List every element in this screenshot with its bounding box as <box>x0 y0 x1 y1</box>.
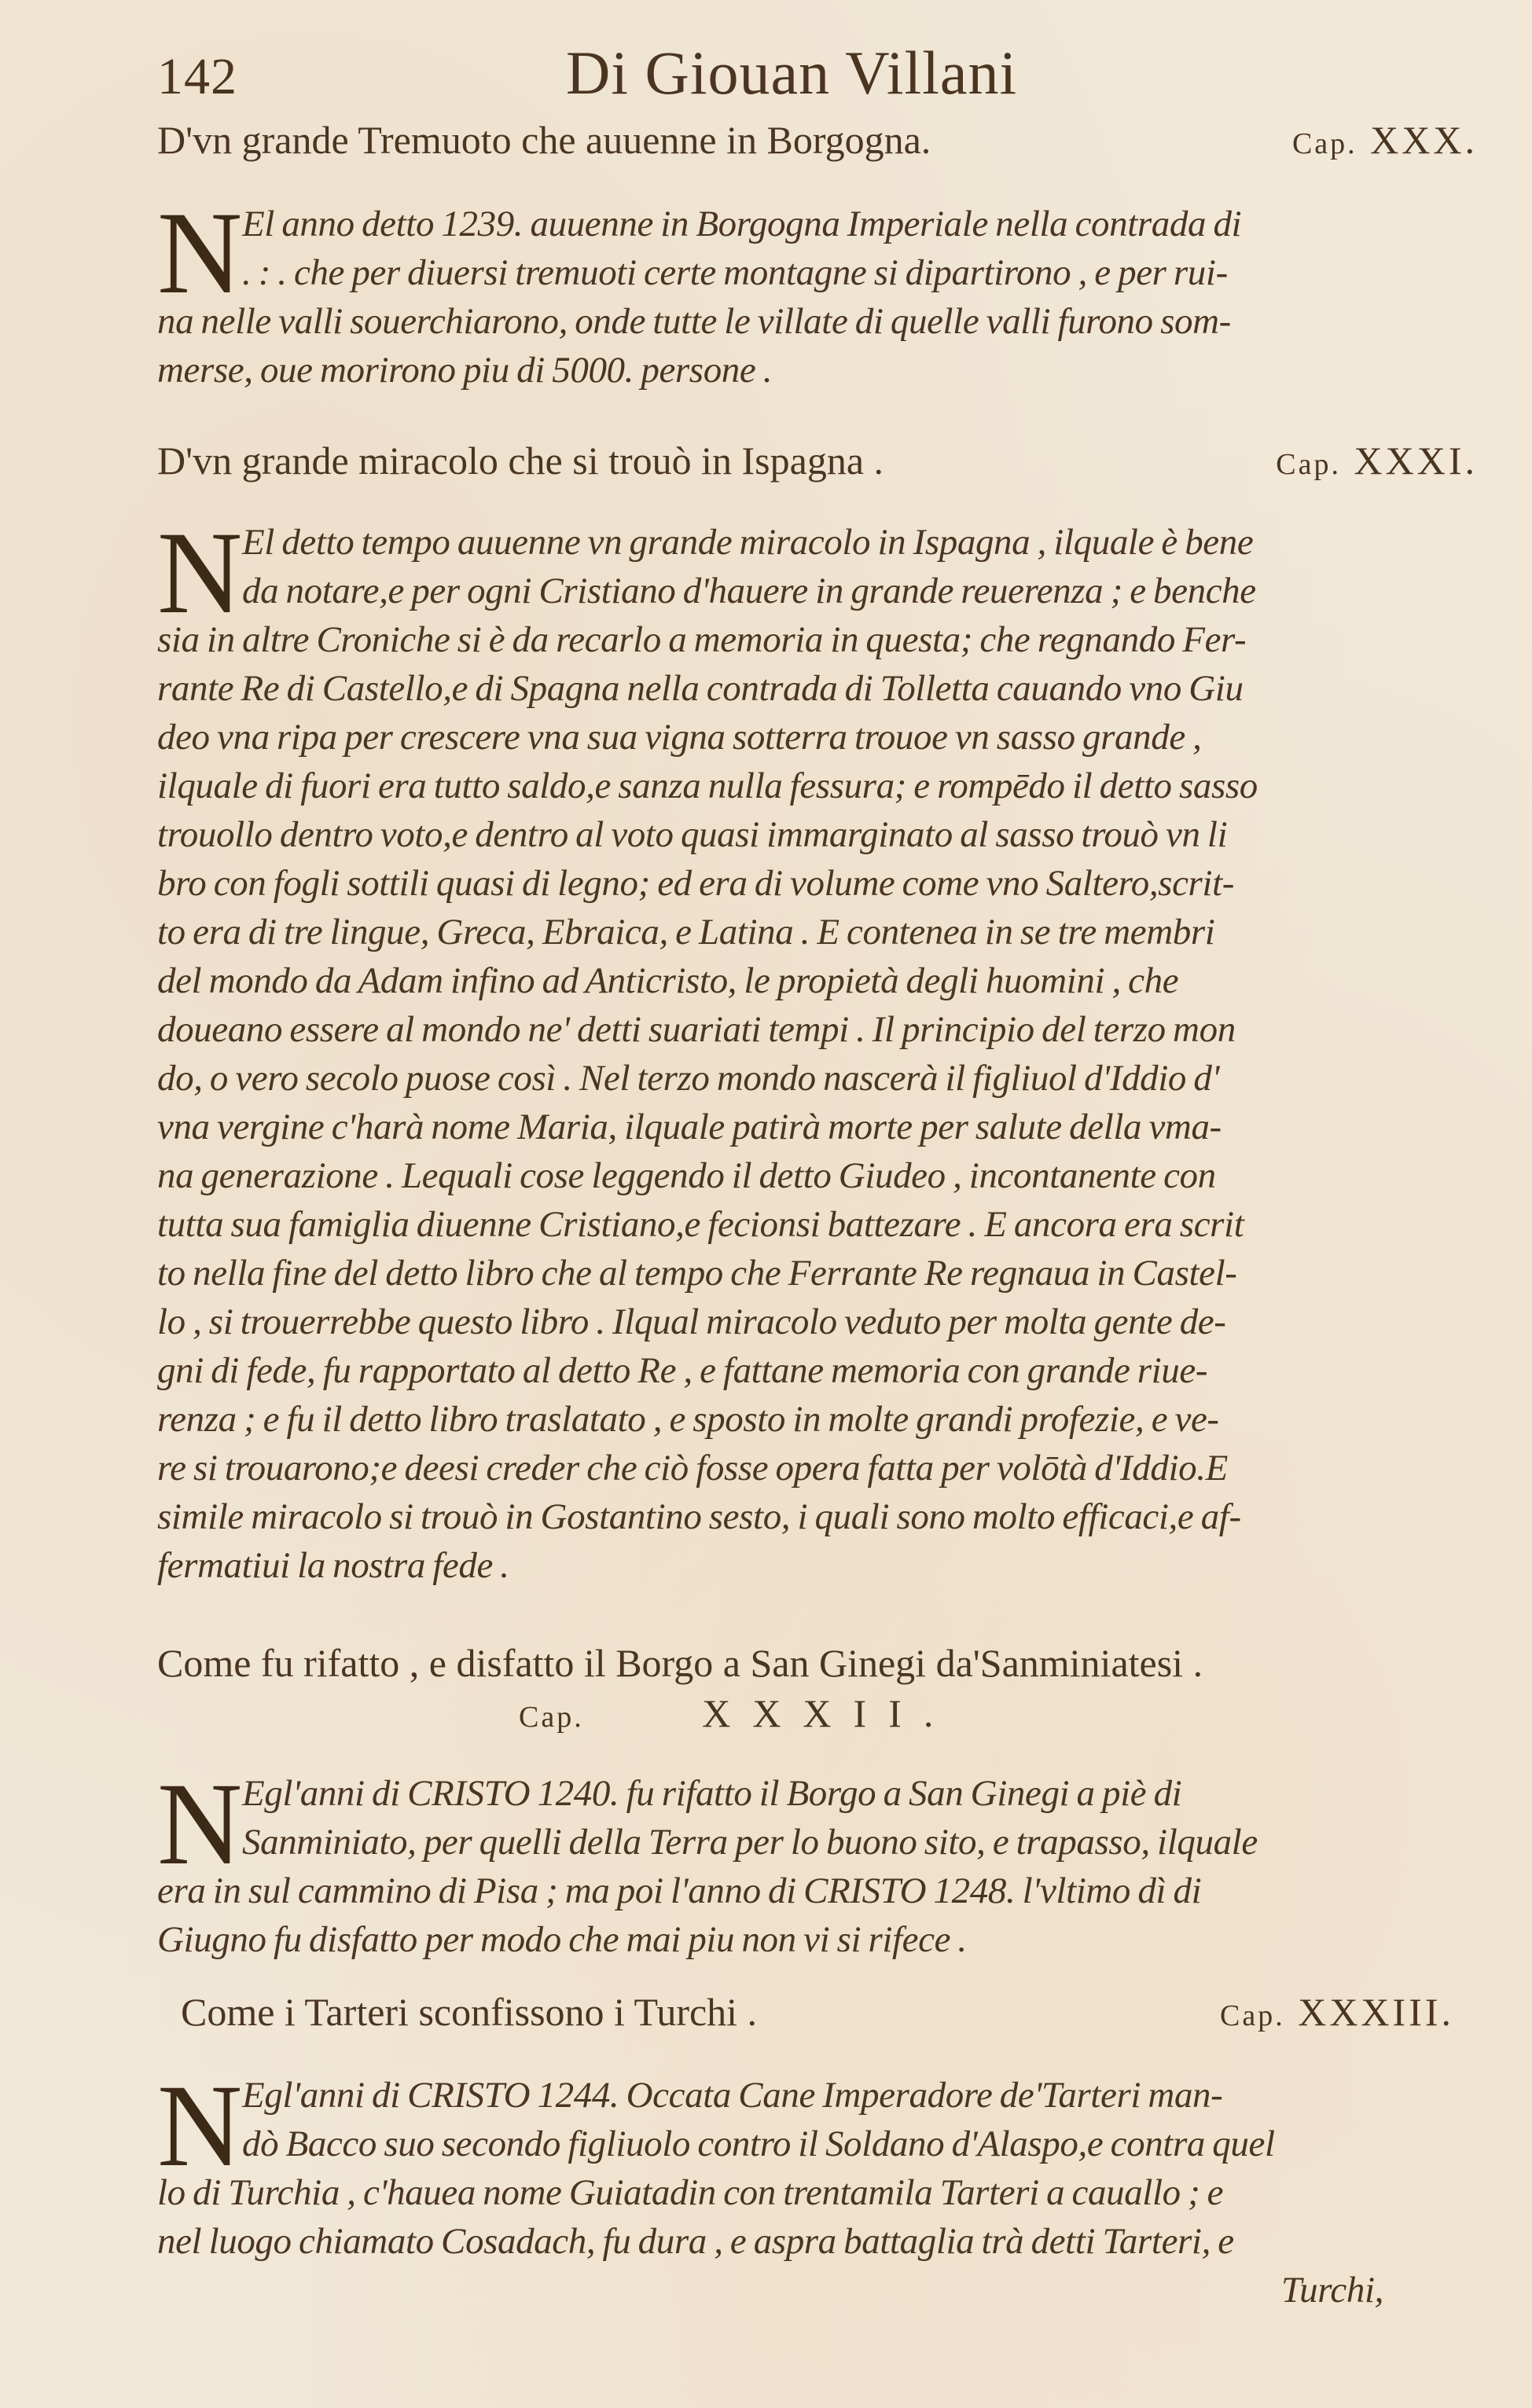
chapter-heading-xxxiii: Come i Tarteri sconfissono i Turchi . Ca… <box>181 1988 1478 2035</box>
text-line: Sanminiato, per quelli della Terra per l… <box>242 1819 1258 1866</box>
text-line: dò Bacco suo secondo figliuolo contro il… <box>242 2120 1275 2168</box>
text-line: simile miracolo si trouò in Gostantino s… <box>157 1493 1241 1540</box>
book-title: Di Giouan Villani <box>566 38 1017 108</box>
text-line: Egl'anni di CRISTO 1244. Occata Cane Imp… <box>242 2072 1222 2119</box>
chapter-number: Cap. XXXII. <box>519 1690 955 1741</box>
chapter-number: Cap. XXXIII. <box>1220 1988 1454 2039</box>
chapter-number: Cap. XXX. <box>1292 116 1478 167</box>
cap-numeral: XXXII. <box>702 1691 955 1735</box>
running-head: 142 Di Giouan Villani <box>157 38 1478 116</box>
text-line: rante Re di Castello,e di Spagna nella c… <box>157 665 1244 712</box>
text-line: merse, oue morirono piu di 5000. persone… <box>157 347 772 394</box>
text-line: da notare,e per ogni Cristiano d'hauere … <box>242 567 1256 615</box>
cap-label: Cap. <box>1220 1999 1285 2032</box>
drop-cap: N <box>157 2067 242 2185</box>
text-line: gni di fede, fu rapportato al detto Re ,… <box>157 1347 1207 1394</box>
text-line: re si trouarono;e deesi creder che ciò f… <box>157 1444 1228 1492</box>
page-number: 142 <box>157 47 237 107</box>
text-line: do, o vero secolo puose così . Nel terzo… <box>157 1055 1219 1102</box>
text-line: lo , si trouerrebbe questo libro . Ilqua… <box>157 1298 1226 1345</box>
text-line: vna vergine c'harà nome Maria, ilquale p… <box>157 1103 1222 1151</box>
text-line: deo vna ripa per crescere vna sua vigna … <box>157 714 1201 761</box>
cap-label: Cap. <box>1292 127 1357 160</box>
text-line: del mondo da Adam infino ad Anticristo, … <box>157 957 1178 1004</box>
text-line: lo di Turchia , c'hauea nome Guiatadin c… <box>157 2169 1223 2216</box>
text-line: tutta sua famiglia diuenne Cristiano,e f… <box>157 1201 1244 1248</box>
drop-cap: N <box>157 1765 242 1883</box>
text-line: ilquale di fuori era tutto saldo,e sanza… <box>157 762 1258 809</box>
cap-label: Cap. <box>519 1701 584 1734</box>
text-line: na generazione . Lequali cose leggendo i… <box>157 1152 1216 1199</box>
text-line: . : . che per diuersi tremuoti certe mon… <box>242 249 1228 296</box>
text-line: doueano essere al mondo ne' detti suaria… <box>157 1006 1236 1053</box>
chapter-heading-xxxi: D'vn grande miracolo che si trouò in Isp… <box>157 437 1478 484</box>
text-line: to era di tre lingue, Greca, Ebraica, e … <box>157 909 1214 956</box>
chapter-heading-xxxii: Come fu rifatto , e disfatto il Borgo a … <box>157 1639 1478 1687</box>
chapter-title: Come i Tarteri sconfissono i Turchi . <box>181 1990 757 2034</box>
text-line: na nelle valli souerchiarono, onde tutte… <box>157 298 1231 345</box>
text-line: El anno detto 1239. auuenne in Borgogna … <box>242 200 1241 248</box>
chapter-title: D'vn grande miracolo che si trouò in Isp… <box>157 439 884 483</box>
chapter-title: D'vn grande Tremuoto che auuenne in Borg… <box>157 118 931 162</box>
cap-numeral: XXX. <box>1370 118 1478 162</box>
text-line: bro con fogli sottili quasi di legno; ed… <box>157 860 1234 907</box>
text-line: Giugno fu disfatto per modo che mai piu … <box>157 1916 967 1963</box>
text-line: nel luogo chiamato Cosadach, fu dura , e… <box>157 2218 1234 2265</box>
text-line: Egl'anni di CRISTO 1240. fu rifatto il B… <box>242 1770 1181 1817</box>
text-line: sia in altre Croniche si è da recarlo a … <box>157 616 1246 663</box>
text-line: renza ; e fu il detto libro traslatato ,… <box>157 1396 1219 1443</box>
cap-numeral: XXXI. <box>1354 439 1478 483</box>
text-line: El detto tempo auuenne vn grande miracol… <box>242 519 1253 566</box>
chapter-number: Cap. XXXI. <box>1276 437 1478 488</box>
chapter-title: Come fu rifatto , e disfatto il Borgo a … <box>157 1641 1203 1685</box>
cap-numeral: XXXIII. <box>1298 1990 1454 2034</box>
text-line: to nella fine del detto libro che al tem… <box>157 1250 1237 1297</box>
cap-label: Cap. <box>1276 448 1341 481</box>
text-line: fermatiui la nostra fede . <box>157 1542 509 1589</box>
drop-cap: N <box>157 514 242 632</box>
chapter-heading-xxx: D'vn grande Tremuoto che auuenne in Borg… <box>157 116 1478 163</box>
text-line: trouollo dentro voto,e dentro al voto qu… <box>157 811 1227 858</box>
drop-cap: N <box>157 194 242 312</box>
catchword: Turchi, <box>1281 2267 1383 2314</box>
text-line: era in sul cammino di Pisa ; ma poi l'an… <box>157 1867 1201 1914</box>
